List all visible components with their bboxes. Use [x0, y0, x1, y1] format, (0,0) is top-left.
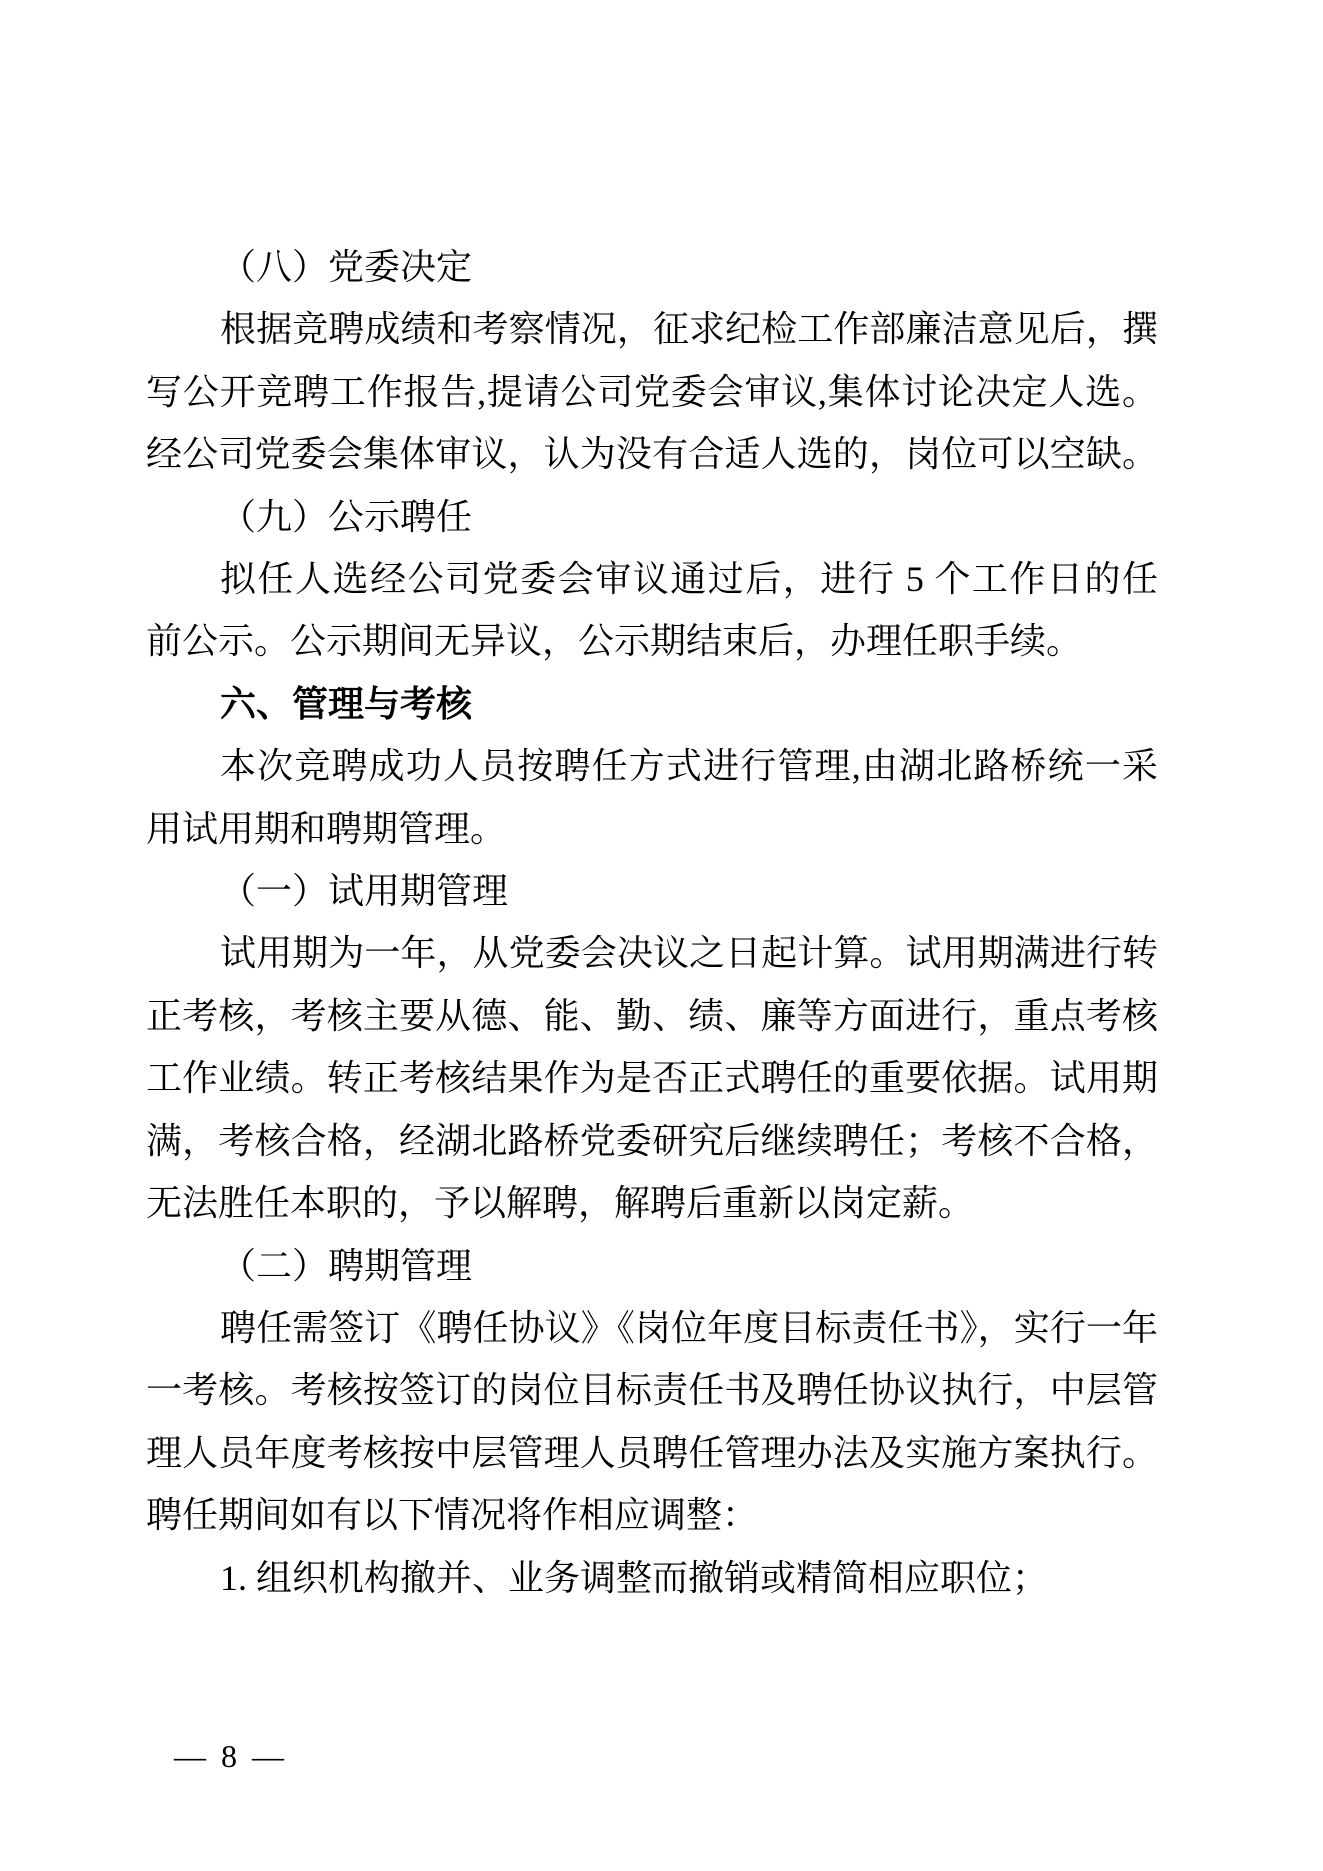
page-number: — 8 — [174, 1736, 284, 1776]
text-line: 一考核。考核按签订的岗位目标责任书及聘任协议执行，中层管 [146, 1359, 1158, 1421]
text-line: 根据竞聘成绩和考察情况，征求纪检工作部廉洁意见后，撰 [146, 298, 1158, 360]
text-line: 前公示。公示期间无异议，公示期结束后，办理任职手续。 [146, 610, 1158, 672]
text-line: 1. 组织机构撤并、业务调整而撤销或精简相应职位； [146, 1547, 1158, 1609]
text-line: 理人员年度考核按中层管理人员聘任管理办法及实施方案执行。 [146, 1422, 1158, 1484]
text-line: 经公司党委会集体审议，认为没有合适人选的，岗位可以空缺。 [146, 423, 1158, 485]
text-line: 正考核，考核主要从德、能、勤、绩、廉等方面进行，重点考核 [146, 985, 1158, 1047]
page-number-text: — 8 — [174, 1738, 284, 1774]
text-line: 拟任人选经公司党委会审议通过后，进行 5 个工作日的任 [146, 548, 1158, 610]
text-line: 无法胜任本职的，予以解聘，解聘后重新以岗定薪。 [146, 1172, 1158, 1234]
text-line: 满，考核合格，经湖北路桥党委研究后继续聘任；考核不合格， [146, 1110, 1158, 1172]
text-line: 写公开竞聘工作报告,提请公司党委会审议,集体讨论决定人选。 [146, 361, 1158, 423]
text-line: 试用期为一年，从党委会决议之日起计算。试用期满进行转 [146, 922, 1158, 984]
heading-3: （九）公示聘任 [146, 486, 1158, 548]
text-line: 工作业绩。转正考核结果作为是否正式聘任的重要依据。试用期 [146, 1047, 1158, 1109]
heading-3: （一）试用期管理 [146, 860, 1158, 922]
text-line: 用试用期和聘期管理。 [146, 798, 1158, 860]
text-line: 聘任需签订《聘任协议》《岗位年度目标责任书》，实行一年 [146, 1297, 1158, 1359]
heading-3: （八）党委决定 [146, 236, 1158, 298]
document-page: （八）党委决定根据竞聘成绩和考察情况，征求纪检工作部廉洁意见后，撰写公开竞聘工作… [0, 0, 1323, 1871]
heading-2: 六、管理与考核 [146, 673, 1158, 735]
text-line: 本次竞聘成功人员按聘任方式进行管理,由湖北路桥统一采 [146, 735, 1158, 797]
text-line: 聘任期间如有以下情况将作相应调整： [146, 1484, 1158, 1546]
document-body: （八）党委决定根据竞聘成绩和考察情况，征求纪检工作部廉洁意见后，撰写公开竞聘工作… [146, 236, 1158, 1609]
heading-3: （二）聘期管理 [146, 1235, 1158, 1297]
